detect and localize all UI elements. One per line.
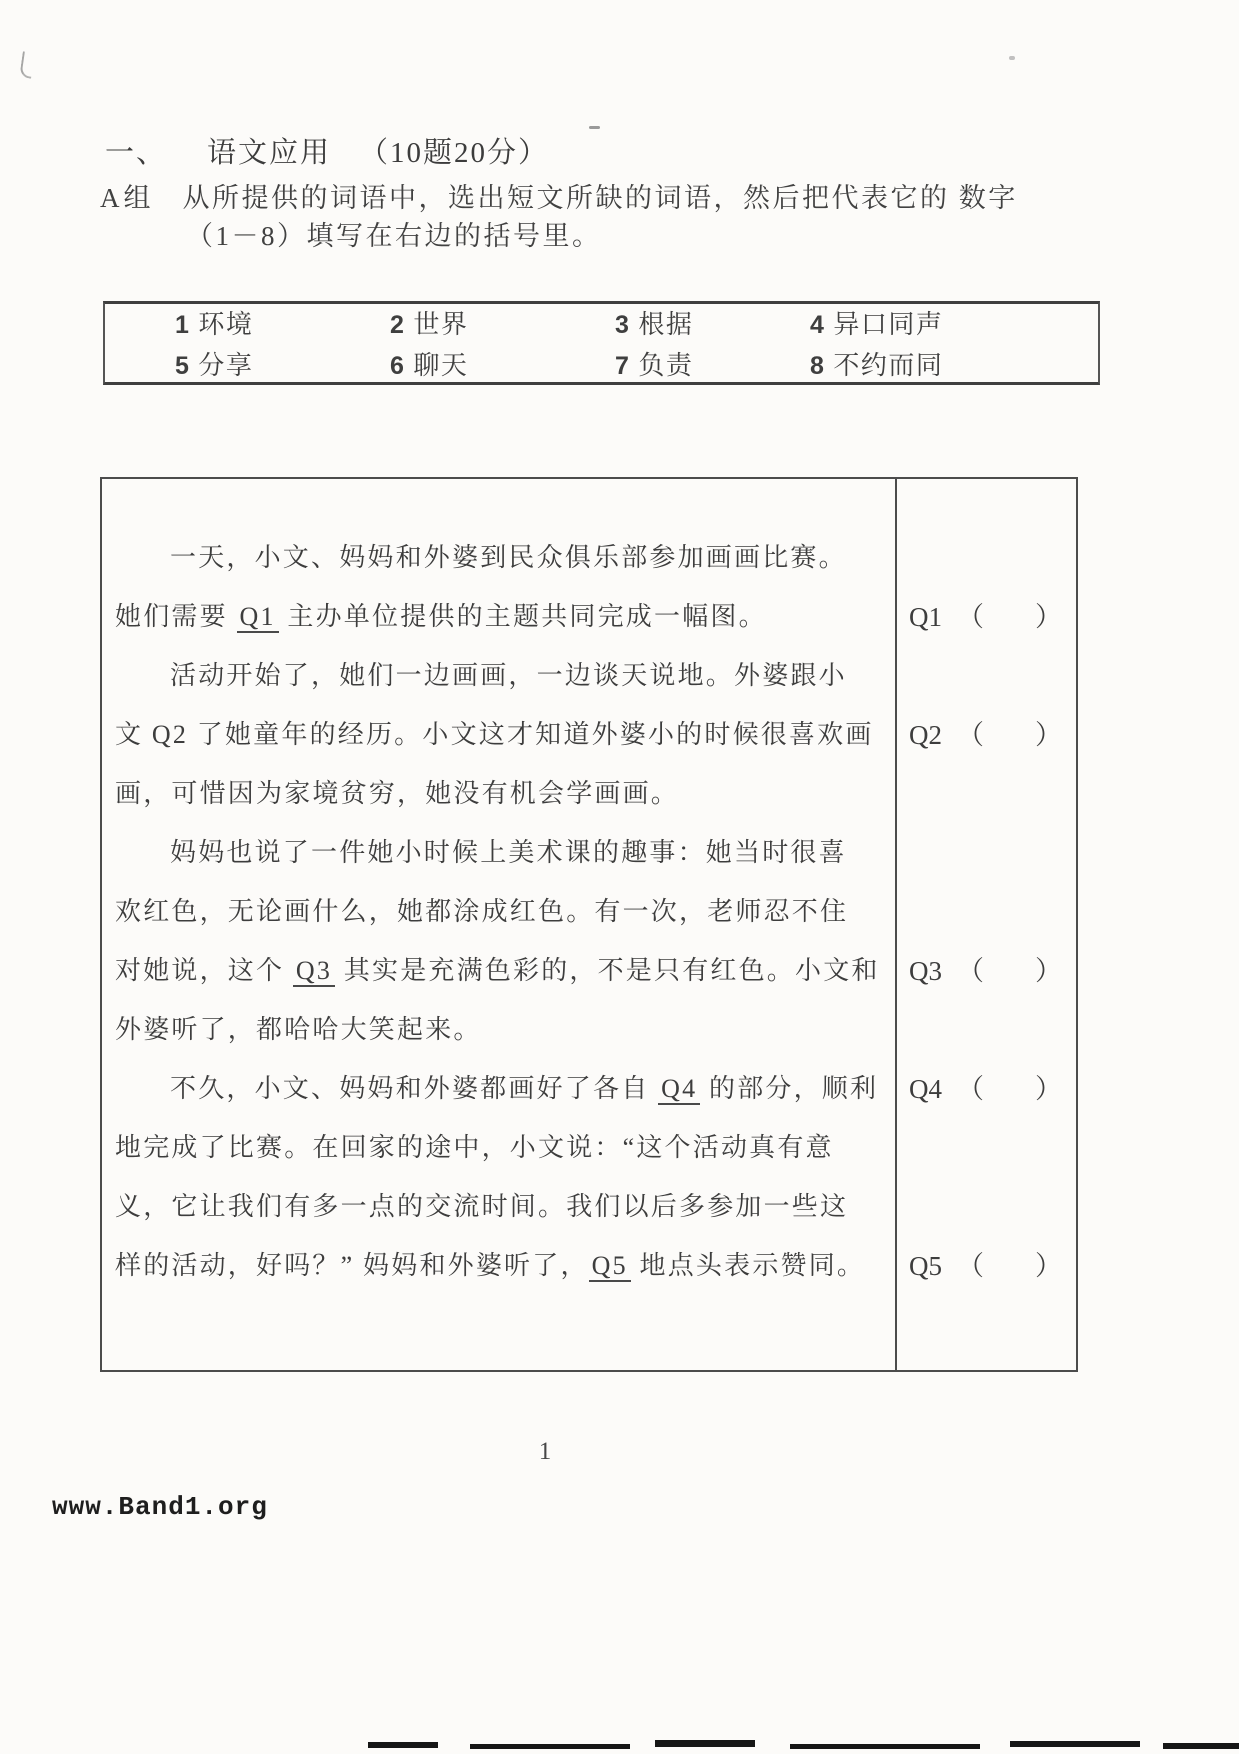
close-paren-icon: ）	[1035, 1071, 1062, 1107]
scan-artifact	[790, 1744, 980, 1749]
passage-line: 活动开始了，她们一边画画，一边谈天说地。外婆跟小	[115, 660, 940, 692]
answer-label: Q1	[909, 599, 942, 635]
open-paren-icon: （	[957, 1248, 984, 1284]
passage-line: 欢红色，无论画什么，她都涂成红色。有一次，老师忍不住	[115, 896, 885, 928]
passage-text: 地点头表示赞同。	[631, 1251, 865, 1280]
passage-line: 文 Q2 了她童年的经历。小文这才知道外婆小的时候很喜欢画	[115, 719, 885, 751]
close-paren-icon: ）	[1035, 599, 1062, 635]
word-text: 世界	[413, 310, 468, 339]
passage-text: 妈妈也说了一件她小时候上美术课的趣事：她当时很喜	[170, 838, 847, 867]
passage-text: 地完成了比赛。在回家的途中，小文说：“这个活动真有意	[115, 1133, 834, 1162]
word-bank-item: 2世界	[390, 304, 615, 341]
word-text: 不约而同	[833, 351, 943, 380]
passage-box: 一天，小文、妈妈和外婆到民众俱乐部参加画画比赛。她们需要 Q1 主办单位提供的主…	[100, 477, 1078, 1372]
word-text: 根据	[638, 310, 693, 339]
blank-marker: Q1	[237, 602, 279, 633]
word-text: 环境	[198, 310, 253, 339]
word-bank-item: 7负责	[615, 345, 810, 382]
passage-line: 地完成了比赛。在回家的途中，小文说：“这个活动真有意	[115, 1132, 885, 1164]
passage-line: 外婆听了，都哈哈大笑起来。	[115, 1014, 885, 1046]
open-paren-icon: （	[957, 717, 984, 753]
word-bank-item: 8不约而同	[810, 345, 1098, 382]
answer-slot-q5[interactable]: Q5（）	[895, 1248, 1078, 1284]
scan-artifact	[1010, 1741, 1140, 1747]
word-text: 分享	[198, 351, 253, 380]
page-number: 1	[528, 1438, 562, 1466]
scan-artifact	[589, 126, 600, 129]
word-number: 7	[615, 352, 630, 380]
word-text: 聊天	[413, 351, 468, 380]
section-heading: 一、 语文应用 （10题20分）	[105, 130, 549, 171]
answer-column: Q1（）Q2（）Q3（）Q4（）Q5（）	[895, 479, 1078, 1370]
word-number: 8	[810, 352, 825, 380]
passage-text: 义，它让我们有多一点的交流时间。我们以后多参加一些这	[115, 1192, 848, 1221]
passage-text: 其实是充满色彩的，不是只有红色。小文和	[335, 956, 880, 985]
passage-text: 主办单位提供的主题共同完成一幅图。	[279, 602, 767, 631]
passage-line: 对她说，这个 Q3 其实是充满色彩的，不是只有红色。小文和	[115, 955, 885, 987]
word-text: 异口同声	[833, 310, 943, 339]
passage-text: 欢红色，无论画什么，她都涂成红色。有一次，老师忍不住	[115, 897, 848, 926]
instruction-text-line2: （1－8）填写在右边的括号里。	[186, 214, 602, 253]
passage-line: 一天，小文、妈妈和外婆到民众俱乐部参加画画比赛。	[115, 542, 940, 574]
blank-marker: Q5	[589, 1251, 631, 1282]
passage-line: 画，可惜因为家境贫穷，她没有机会学画画。	[115, 778, 885, 810]
word-number: 3	[615, 311, 630, 339]
passage-text: 外婆听了，都哈哈大笑起来。	[115, 1015, 482, 1044]
word-number: 1	[175, 311, 190, 339]
passage-text: 文 Q2 了她童年的经历。小文这才知道外婆小的时候很喜欢画	[115, 720, 874, 749]
blank-marker: Q3	[293, 956, 335, 987]
word-bank-item: 6聊天	[390, 345, 615, 382]
answer-label: Q3	[909, 953, 942, 989]
word-bank-item: 3根据	[615, 304, 810, 341]
open-paren-icon: （	[957, 599, 984, 635]
passage-line: 不久，小文、妈妈和外婆都画好了各自 Q4 的部分，顺利	[115, 1073, 940, 1105]
scan-artifact	[470, 1744, 630, 1749]
word-bank-item: 5分享	[175, 345, 390, 382]
scanned-exam-page: 一、 语文应用 （10题20分） A组 从所提供的词语中，选出短文所缺的词语，然…	[0, 0, 1239, 1754]
scan-artifact	[368, 1742, 438, 1748]
open-paren-icon: （	[957, 1071, 984, 1107]
answer-slot-q1[interactable]: Q1（）	[895, 599, 1078, 635]
passage-text: 她们需要	[115, 602, 237, 631]
answer-slot-q3[interactable]: Q3（）	[895, 953, 1078, 989]
word-number: 5	[175, 352, 190, 380]
word-bank-item: 4异口同声	[810, 304, 1098, 341]
section-title: 语文应用	[207, 130, 331, 171]
passage-text: 活动开始了，她们一边画画，一边谈天说地。外婆跟小	[170, 661, 847, 690]
section-number: 一、	[105, 130, 167, 171]
word-number: 6	[390, 352, 405, 380]
scan-artifact	[1163, 1743, 1239, 1749]
blank-marker: Q4	[658, 1074, 700, 1105]
answer-label: Q2	[909, 717, 942, 753]
instruction-text: 从所提供的词语中，选出短文所缺的词语，然后把代表它的 数字	[183, 176, 1018, 215]
close-paren-icon: ）	[1035, 717, 1062, 753]
passage-text: 样的活动，好吗？” 妈妈和外婆听了，	[115, 1251, 589, 1280]
answer-slot-q2[interactable]: Q2（）	[895, 717, 1078, 753]
passage-text: 对她说，这个	[115, 956, 293, 985]
passage-line: 义，它让我们有多一点的交流时间。我们以后多参加一些这	[115, 1191, 885, 1223]
passage-line: 她们需要 Q1 主办单位提供的主题共同完成一幅图。	[115, 601, 885, 633]
word-number: 2	[390, 311, 405, 339]
word-text: 负责	[638, 351, 693, 380]
passage-line: 样的活动，好吗？” 妈妈和外婆听了，Q5 地点头表示赞同。	[115, 1250, 885, 1282]
passage-text: 画，可惜因为家境贫穷，她没有机会学画画。	[115, 779, 679, 808]
passage-line: 妈妈也说了一件她小时候上美术课的趣事：她当时很喜	[115, 837, 940, 869]
word-bank-item: 1环境	[175, 304, 390, 341]
word-bank-box: 1环境2世界3根据4异口同声5分享6聊天7负责8不约而同	[103, 301, 1100, 385]
passage-text: 不久，小文、妈妈和外婆都画好了各自	[170, 1074, 658, 1103]
answer-label: Q5	[909, 1248, 942, 1284]
group-instruction: A组 从所提供的词语中，选出短文所缺的词语，然后把代表它的 数字	[100, 176, 1018, 215]
scan-artifact	[19, 51, 35, 78]
answer-slot-q4[interactable]: Q4（）	[895, 1071, 1078, 1107]
group-label: A组	[100, 176, 155, 215]
scan-artifact	[655, 1740, 755, 1747]
passage-text: 一天，小文、妈妈和外婆到民众俱乐部参加画画比赛。	[170, 543, 847, 572]
close-paren-icon: ）	[1035, 953, 1062, 989]
open-paren-icon: （	[957, 953, 984, 989]
answer-label: Q4	[909, 1071, 942, 1107]
close-paren-icon: ）	[1035, 1248, 1062, 1284]
scan-artifact	[1009, 56, 1015, 60]
word-number: 4	[810, 311, 825, 339]
watermark-text: www.Band1.org	[52, 1492, 268, 1522]
section-score: （10题20分）	[359, 130, 549, 171]
passage-text: 的部分，顺利	[700, 1074, 878, 1103]
